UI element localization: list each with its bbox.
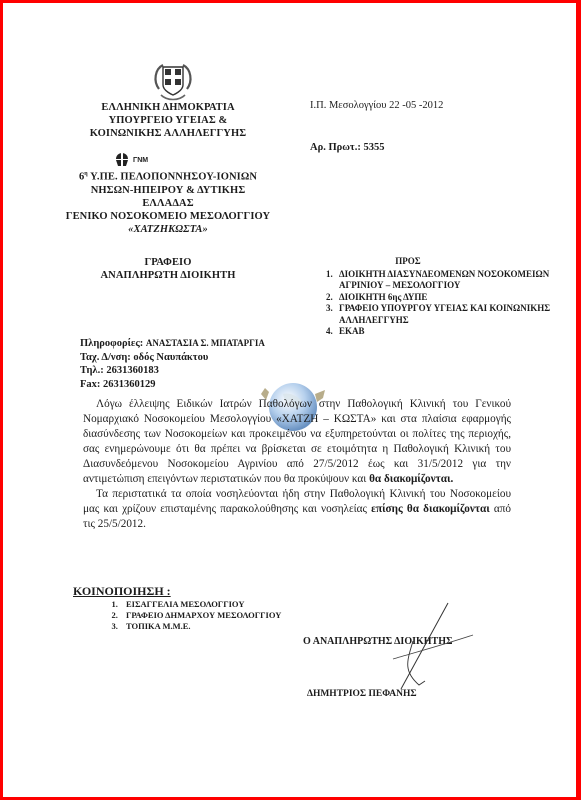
recipients-block: ΠΡΟΣ ΔΙΟΙΚΗΤΗ ΔΙΑΣΥΝΔΕΟΜΕΝΩΝ ΝΟΣΟΚΟΜΕΙΩΝ…: [313, 256, 563, 338]
office-header: ΓΡΑΦΕΙΟ ΑΝΑΠΛΗΡΩΤΗ ΔΙΟΙΚΗΤΗ: [53, 256, 283, 282]
region-line: ΕΛΛΑΔΑΣ: [53, 197, 283, 210]
recipient-item: ΕΚΑΒ: [335, 326, 563, 338]
cc-item: ΤΟΠΙΚΑ Μ.Μ.Ε.: [120, 621, 281, 632]
header-line: ΚΟΙΝΩΝΙΚΗΣ ΑΛΛΗΛΕΓΓΥΗΣ: [53, 127, 283, 140]
phone-line: Τηλ.: 2631360183: [80, 364, 265, 378]
recipients-list: ΔΙΟΙΚΗΤΗ ΔΙΑΣΥΝΔΕΟΜΕΝΩΝ ΝΟΣΟΚΟΜΕΙΩΝ ΑΓΡΙ…: [313, 269, 563, 338]
region-line: 6η Υ.ΠΕ. ΠΕΛΟΠΟΝΝΗΣΟΥ-ΙΟΝΙΩΝ: [53, 168, 283, 184]
recipients-title: ΠΡΟΣ: [313, 256, 503, 268]
contact-info: Πληροφορίες: ΑΝΑΣΤΑΣΙΑ Σ. ΜΠΑΤΑΡΓΙΑ Ταχ.…: [80, 337, 265, 391]
handwritten-signature: [373, 601, 493, 693]
greek-coat-of-arms-icon: [149, 59, 197, 103]
header-line: ΕΛΛΗΝΙΚΗ ΔΗΜΟΚΡΑΤΙΑ: [53, 101, 283, 114]
hospital-logo: ΓΝΜ: [115, 149, 155, 165]
scanned-document-page: ΕΛΛΗΝΙΚΗ ΔΗΜΟΚΡΑΤΙΑ ΥΠΟΥΡΓΕΙΟ ΥΓΕΙΑΣ & Κ…: [3, 3, 576, 797]
cc-title: ΚΟΙΝΟΠΟΙΗΣΗ :: [73, 584, 281, 599]
recipient-item: ΔΙΟΙΚΗΤΗ 6ης ΔΥΠΕ: [335, 292, 563, 304]
letter-body: Λόγω έλλειψης Ειδικών Ιατρών Παθολόγων σ…: [83, 397, 511, 532]
cc-item: ΕΙΣΑΓΓΕΛΙΑ ΜΕΣΟΛΟΓΓΙΟΥ: [120, 599, 281, 610]
office-line: ΓΡΑΦΕΙΟ: [53, 256, 283, 269]
place-date: Ι.Π. Μεσολογγίου 22 -05 -2012: [310, 100, 443, 111]
recipient-item: ΔΙΟΙΚΗΤΗ ΔΙΑΣΥΝΔΕΟΜΕΝΩΝ ΝΟΣΟΚΟΜΕΙΩΝ ΑΓΡΙ…: [335, 269, 563, 292]
fax-line: Fax: 2631360129: [80, 378, 265, 392]
address-line: Ταχ. Δ/νση: οδός Ναυπάκτου: [80, 351, 265, 365]
signatory-name: ΔΗΜΗΤΡΙΟΣ ΠΕΦΑΝΗΣ: [307, 689, 417, 699]
paragraph-text: Λόγω έλλειψης Ειδικών Ιατρών Παθολόγων σ…: [83, 398, 511, 485]
recipient-item: ΓΡΑΦΕΙΟ ΥΠΟΥΡΓΟΥ ΥΓΕΙΑΣ ΚΑΙ ΚΟΙΝΩΝΙΚΗΣ Α…: [335, 303, 563, 326]
header-line: ΥΠΟΥΡΓΕΙΟ ΥΓΕΙΑΣ &: [53, 114, 283, 127]
paragraph-emphasis: επίσης θα διακομίζονται: [371, 503, 490, 515]
info-line: Πληροφορίες: ΑΝΑΣΤΑΣΙΑ Σ. ΜΠΑΤΑΡΓΙΑ: [80, 337, 265, 351]
hospital-cross-icon: [115, 151, 129, 167]
cc-list: ΕΙΣΑΓΓΕΛΙΑ ΜΕΣΟΛΟΓΓΙΟΥ ΓΡΑΦΕΙΟ ΔΗΜΑΡΧΟΥ …: [73, 599, 281, 632]
office-line: ΑΝΑΠΛΗΡΩΤΗ ΔΙΟΙΚΗΤΗ: [53, 269, 283, 282]
paragraph-emphasis: θα διακομίζονται.: [369, 473, 453, 485]
body-paragraph: Λόγω έλλειψης Ειδικών Ιατρών Παθολόγων σ…: [83, 397, 511, 487]
hospital-name: ΓΕΝΙΚΟ ΝΟΣΟΚΟΜΕΙΟ ΜΕΣΟΛΟΓΓΙΟΥ: [53, 210, 283, 223]
info-name: ΑΝΑΣΤΑΣΙΑ Σ. ΜΠΑΤΑΡΓΙΑ: [146, 338, 265, 348]
hospital-header: 6η Υ.ΠΕ. ΠΕΛΟΠΟΝΝΗΣΟΥ-ΙΟΝΙΩΝ ΝΗΣΩΝ-ΗΠΕΙΡ…: [53, 168, 283, 236]
region-line: ΝΗΣΩΝ-ΗΠΕΙΡΟΥ & ΔΥΤΙΚΗΣ: [53, 184, 283, 197]
ministry-header: ΕΛΛΗΝΙΚΗ ΔΗΜΟΚΡΑΤΙΑ ΥΠΟΥΡΓΕΙΟ ΥΓΕΙΑΣ & Κ…: [53, 101, 283, 140]
logo-text: ΓΝΜ: [133, 157, 148, 164]
cc-item: ΓΡΑΦΕΙΟ ΔΗΜΑΡΧΟΥ ΜΕΣΟΛΟΓΓΙΟΥ: [120, 610, 281, 621]
region-line-text: Υ.ΠΕ. ΠΕΛΟΠΟΝΝΗΣΟΥ-ΙΟΝΙΩΝ: [88, 172, 257, 183]
hospital-nickname: «ΧΑΤΖΗΚΩΣΤΑ»: [53, 223, 283, 236]
body-paragraph: Τα περιστατικά τα οποία νοσηλεύονται ήδη…: [83, 487, 511, 532]
cc-block: ΚΟΙΝΟΠΟΙΗΣΗ : ΕΙΣΑΓΓΕΛΙΑ ΜΕΣΟΛΟΓΓΙΟΥ ΓΡΑ…: [73, 584, 281, 632]
info-label: Πληροφορίες:: [80, 338, 146, 349]
protocol-number: Αρ. Πρωτ.: 5355: [310, 142, 385, 153]
